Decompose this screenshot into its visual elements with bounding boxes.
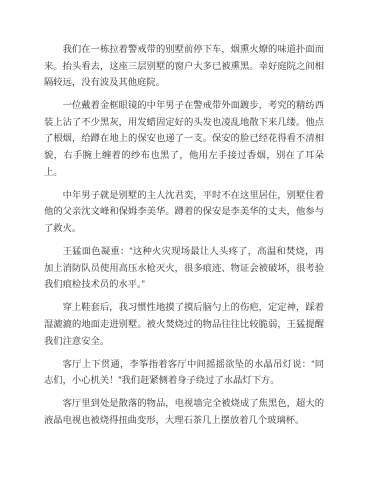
paragraph: 王猛面色凝重：“这种火灾现场最让人头疼了，高温和焚烧，再加上消防队员使用高压水枪… (44, 243, 324, 293)
paragraph: 穿上鞋套后，我习惯性地摸了摸后脑勺上的伤疤，定定神，踩着湿漉漉的地面走进别墅。被… (44, 299, 324, 349)
novel-text: 我们在一栋拉着警戒带的别墅前停下车，烟熏火燎的味道扑面而来。抬头看去，这座三层别… (44, 41, 324, 428)
reader-page: 我们在一栋拉着警戒带的别墅前停下车，烟熏火燎的味道扑面而来。抬头看去，这座三层别… (0, 0, 370, 480)
paragraph: 一位戴着金框眼镜的中年男子在警戒带外面踱步，考究的精纺西装上沾了不少黑灰，用发蜡… (44, 97, 324, 180)
paragraph: 客厅上下贯通，李筝指着客厅中间摇摇欲坠的水晶吊灯说：“同志们，小心机关！”我们赶… (44, 356, 324, 389)
paragraph: 我们在一栋拉着警戒带的别墅前停下车，烟熏火燎的味道扑面而来。抬头看去，这座三层别… (44, 41, 324, 91)
paragraph: 中年男子就是别墅的主人沈君奕，平时不在这里居住，别墅住着他的父亲沈文峰和保姆李美… (44, 187, 324, 237)
paragraph: 客厅里到处是散落的物品，电视墙完全被烧成了焦黑色，超大的液晶电视也被烧得扭曲变形… (44, 395, 324, 428)
